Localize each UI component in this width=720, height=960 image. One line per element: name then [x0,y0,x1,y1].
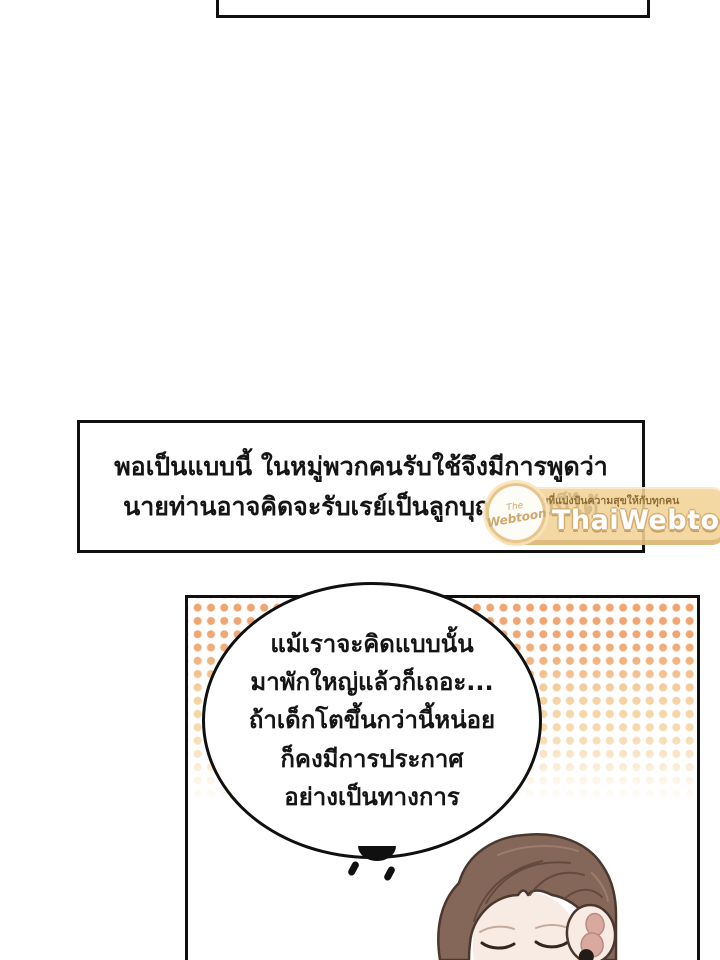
character-head [428,831,700,960]
bubble-line-2: มาพักใหญ่แล้วก็เถอะ... [250,663,493,701]
top-partial-narration-box [216,0,650,18]
speech-bubble: แม้เราจะคิดแบบนั้น มาพักใหญ่แล้วก็เถอะ..… [202,582,542,859]
bubble-line-1: แม้เราจะคิดแบบนั้น [270,625,473,663]
narration-line-1: พอเป็นแบบนี้ ในหมู่พวกคนรับใช้จึงมีการพู… [114,447,608,487]
bubble-line-5: อย่างเป็นทางการ [284,778,459,816]
bubble-line-3: ถ้าเด็กโตขึ้นกว่านี้หน่อย [249,701,495,739]
bubble-line-4: ก็คงมีการประกาศ [280,740,463,778]
narration-box: พอเป็นแบบนี้ ในหมู่พวกคนรับใช้จึงมีการพู… [77,420,645,553]
narration-line-2: นายท่านอาจคิดจะรับเรย์เป็นลูกบุญธรรมก็ได… [123,487,599,527]
